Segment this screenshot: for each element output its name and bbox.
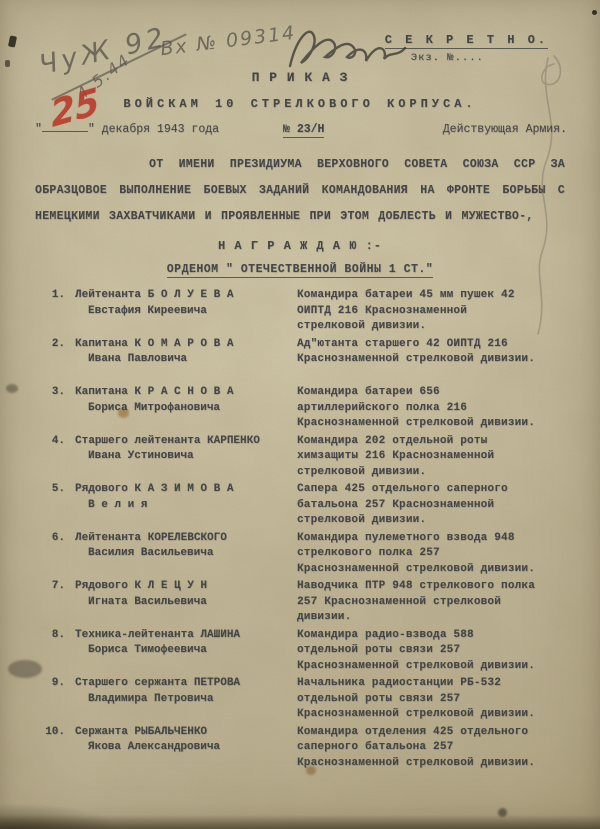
recipient-number: 5. [35, 482, 65, 531]
recipient-row: 3. Капитана К Р А С Н О В А Бориса Митро… [35, 385, 565, 434]
recipient-rank-surname: Сержанта РЫБАЛЬЧЕНКО [75, 726, 207, 738]
recipient-name: Сержанта РЫБАЛЬЧЕНКО Якова Александрович… [75, 725, 287, 774]
recipient-number: 9. [35, 676, 65, 725]
recipient-name: Капитана К О М А Р О В А Ивана Павловича [75, 337, 287, 386]
edge-speck [592, 10, 597, 15]
recipient-number: 10. [35, 725, 65, 774]
recipient-number: 8. [35, 628, 65, 677]
recipient-name: Техника-лейтенанта ЛАШИНА Бориса Тимофее… [75, 628, 287, 677]
recipient-rank-surname: Техника-лейтенанта ЛАШИНА [75, 629, 240, 641]
recipient-row: 1. Лейтенанта Б О Л У Е В А Евстафия Кир… [35, 288, 565, 337]
order-body: ОТ ИМЕНИ ПРЕЗИДИУМА ВЕРХОВНОГО СОВЕТА СО… [35, 152, 565, 773]
recipient-given-names: Якова Александровича [75, 740, 287, 756]
copy-number: Экз. №.... [385, 52, 548, 64]
edge-speck [8, 35, 17, 47]
recipient-name: Капитана К Р А С Н О В А Бориса Митрофан… [75, 385, 287, 434]
recipient-name: Рядового К А З И М О В А В е л и я [75, 482, 287, 531]
date-line: "" декабря 1943 года № 23/Н Действующая … [35, 120, 567, 138]
recipient-list: 1. Лейтенанта Б О Л У Е В А Евстафия Кир… [35, 288, 565, 773]
recipient-number: 4. [35, 434, 65, 483]
recipient-citation: Командира радио-взвода 588 отдельной рот… [297, 628, 537, 677]
recipient-name: Лейтенанта Б О Л У Е В А Евстафия Киреев… [75, 288, 287, 337]
recipient-given-names: Ивана Устиновича [75, 449, 287, 465]
recipient-citation: Сапера 425 отдельного саперного батальон… [297, 482, 537, 531]
recipient-name: Рядового К Л Е Ц У Н Игната Васильевича [75, 579, 287, 628]
classification-label: С Е К Р Е Т Н О. [385, 33, 548, 49]
recipient-rank-surname: Лейтенанта Б О Л У Е В А [75, 289, 233, 301]
recipient-rank-surname: Старшего сержанта ПЕТРОВА [75, 677, 240, 689]
recipient-rank-surname: Старшего лейтенанта КАРПЕНКО [75, 435, 260, 447]
recipient-name: Лейтенанта КОРЕЛЕВСКОГО Василия Васильев… [75, 531, 287, 580]
handwritten-incoming-number: Вх № 09314 [159, 22, 297, 60]
recipient-rank-surname: Капитана К О М А Р О В А [75, 338, 233, 350]
recipient-given-names: В е л и я [75, 498, 287, 514]
smudge [6, 384, 18, 393]
award-order-line: ОРДЕНОМ " ОТЕЧЕСТВЕННОЙ ВОЙНЫ 1 СТ." [35, 263, 565, 276]
classification-block: С Е К Р Е Т Н О. Экз. №.... [385, 33, 548, 64]
order-title: П Р И К А З [0, 70, 600, 85]
scan-corner-shadow [0, 803, 120, 829]
recipient-citation: Ад"ютанта старшего 42 ОИПТД 216 Краснозн… [297, 337, 537, 386]
recipient-given-names: Евстафия Киреевича [75, 304, 287, 320]
recipient-given-names: Бориса Тимофеевича [75, 643, 287, 659]
award-verb: Н А Г Р А Ж Д А Ю :- [35, 239, 565, 253]
recipient-row: 9. Старшего сержанта ПЕТРОВА Владимира П… [35, 676, 565, 725]
preamble-text: ОТ ИМЕНИ ПРЕЗИДИУМА ВЕРХОВНОГО СОВЕТА СО… [35, 152, 565, 230]
recipient-given-names: Игната Васильевича [75, 595, 287, 611]
recipient-rank-surname: Капитана К Р А С Н О В А [75, 386, 233, 398]
scanned-order-document: ЧуЖ 92 4.5.44 Вх № 09314 25 С Е К Р Е Т … [0, 0, 600, 829]
recipient-rank-surname: Рядового К Л Е Ц У Н [75, 580, 207, 592]
recipient-citation: Командира отделения 425 отдельного сапер… [297, 725, 537, 774]
recipient-citation: Командира батареи 45 мм пушек 42 ОИПТД 2… [297, 288, 537, 337]
order-addressee: ВОЙСКАМ 10 СТРЕЛКОВОГО КОРПУСА. [0, 97, 600, 111]
recipient-given-names: Василия Васильевича [75, 546, 287, 562]
recipient-number: 1. [35, 288, 65, 337]
recipient-row: 6. Лейтенанта КОРЕЛЕВСКОГО Василия Васил… [35, 531, 565, 580]
recipient-number: 2. [35, 337, 65, 386]
date-left: "" декабря 1943 года [35, 120, 219, 136]
edge-speck [5, 60, 10, 67]
recipient-row: 10. Сержанта РЫБАЛЬЧЕНКО Якова Александр… [35, 725, 565, 774]
recipient-citation: Наводчика ПТР 948 стрелкового полка 257 … [297, 579, 537, 628]
recipient-number: 7. [35, 579, 65, 628]
recipient-row: 8. Техника-лейтенанта ЛАШИНА Бориса Тимо… [35, 628, 565, 677]
army-label: Действующая Армия. [443, 123, 567, 136]
recipient-name: Старшего сержанта ПЕТРОВА Владимира Петр… [75, 676, 287, 725]
recipient-row: 7. Рядового К Л Е Ц У Н Игната Васильеви… [35, 579, 565, 628]
recipient-row: 5. Рядового К А З И М О В А В е л и я Са… [35, 482, 565, 531]
recipient-given-names: Бориса Митрофановича [75, 401, 287, 417]
recipient-row: 2. Капитана К О М А Р О В А Ивана Павлов… [35, 337, 565, 386]
recipient-number: 6. [35, 531, 65, 580]
recipient-citation: Командира 202 отдельной роты химзащиты 2… [297, 434, 537, 483]
recipient-citation: Начальника радиостанции РБ-532 отдельной… [297, 676, 537, 725]
recipient-citation: Командира батареи 656 артиллерийского по… [297, 385, 537, 434]
date-blank [42, 120, 88, 132]
recipient-rank-surname: Рядового К А З И М О В А [75, 483, 233, 495]
recipient-given-names: Владимира Петровича [75, 692, 287, 708]
recipient-rank-surname: Лейтенанта КОРЕЛЕВСКОГО [75, 532, 227, 544]
recipient-name: Старшего лейтенанта КАРПЕНКО Ивана Устин… [75, 434, 287, 483]
recipient-given-names: Ивана Павловича [75, 352, 287, 368]
recipient-number: 3. [35, 385, 65, 434]
recipient-row: 4. Старшего лейтенанта КАРПЕНКО Ивана Ус… [35, 434, 565, 483]
order-number: № 23/Н [283, 123, 324, 138]
recipient-citation: Командира пулеметного взвода 948 стрелко… [297, 531, 537, 580]
